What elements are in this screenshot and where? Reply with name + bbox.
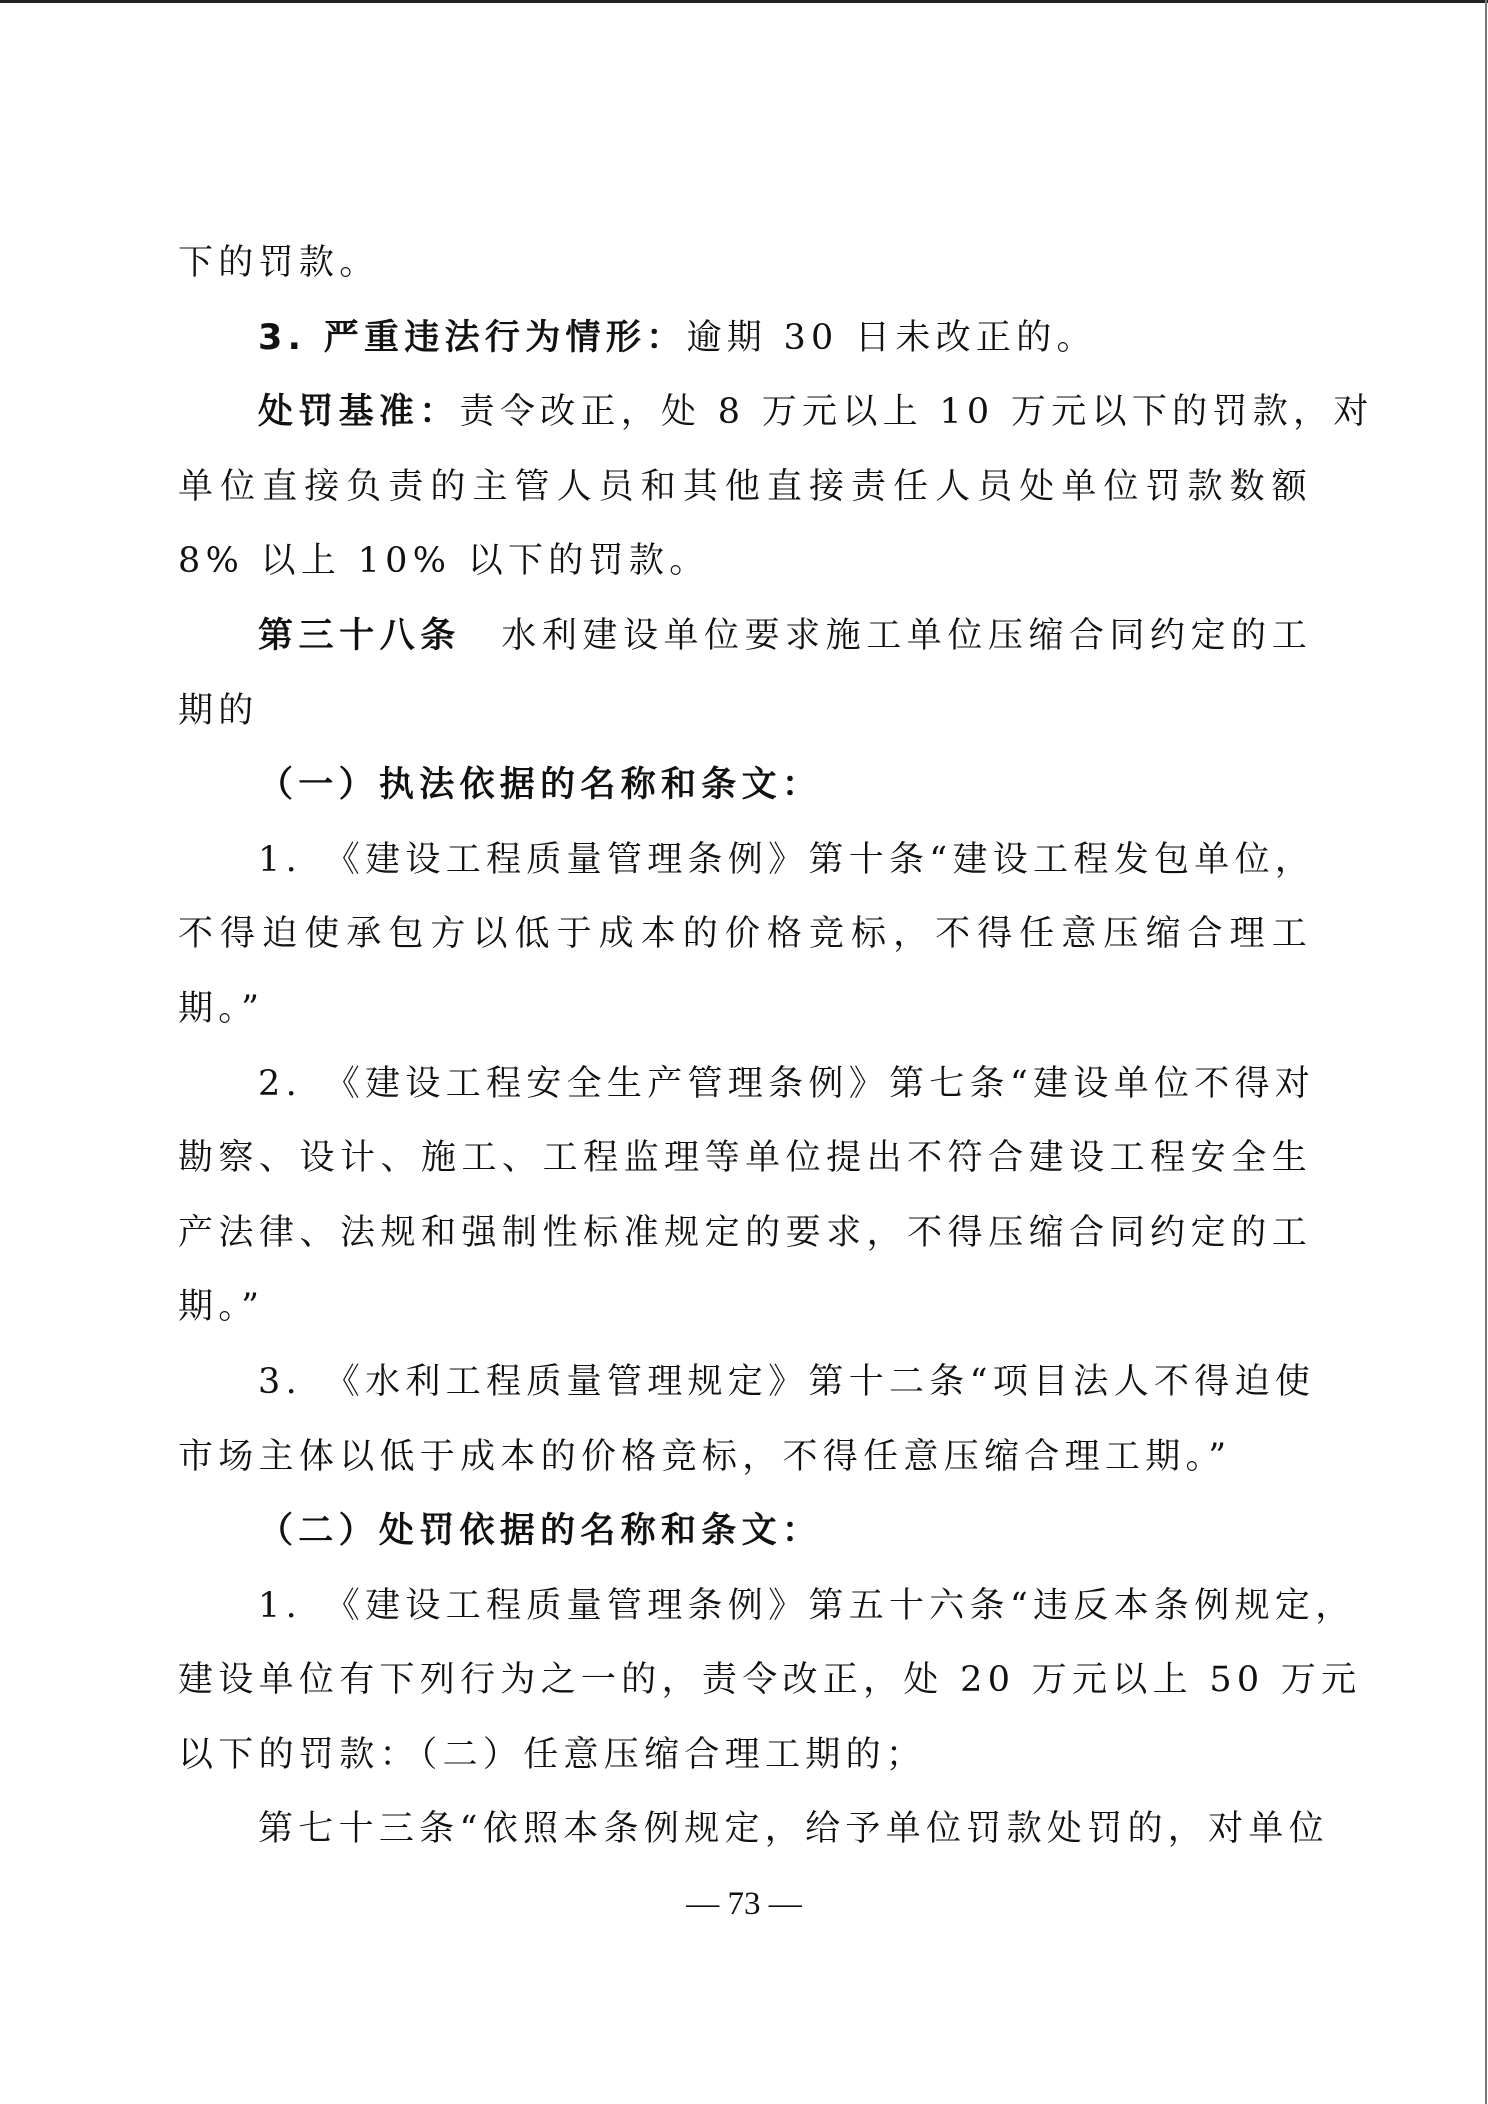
text-line: 以下的罚款：（二）任意压缩合理工期的； (178, 1718, 1312, 1793)
text-line: 1. 《建设工程质量管理条例》第十条“建设工程发包单位， (178, 823, 1312, 898)
section-heading: （二）处罚依据的名称和条文： (258, 1511, 822, 1551)
line-text: 不得迫使承包方以低于成本的价格竞标，不得任意压缩合理工 (178, 914, 1312, 954)
text-line: 期的 (178, 674, 1312, 749)
line-text: 1. 《建设工程质量管理条例》第五十六条“违反本条例规定， (258, 1586, 1356, 1626)
text-line: 第七十三条“依照本条例规定，给予单位罚款处罚的，对单位 (178, 1792, 1312, 1867)
text-line: 建设单位有下列行为之一的，责令改正，处 20 万元以上 50 万元 (178, 1643, 1312, 1718)
document-body: 下的罚款。 3. 严重违法行为情形：逾期 30 日未改正的。 处罚基准：责令改正… (178, 226, 1312, 1867)
section-heading: （一）执法依据的名称和条文： (258, 765, 822, 805)
line-text: 期。” (178, 989, 264, 1029)
text-line: 2. 《建设工程安全生产管理条例》第七条“建设单位不得对 (178, 1047, 1312, 1122)
text-line: 产法律、法规和强制性标准规定的要求，不得压缩合同约定的工 (178, 1196, 1312, 1271)
text-line: 期。” (178, 972, 1312, 1047)
text-line: 期。” (178, 1270, 1312, 1345)
section-heading-enforcement-basis: （一）执法依据的名称和条文： (178, 748, 1312, 823)
line-text: 单位直接负责的主管人员和其他直接责任人员处单位罚款数额 (178, 467, 1312, 507)
bold-heading: 3. 严重违法行为情形： (258, 318, 686, 358)
text-line: 1. 《建设工程质量管理条例》第五十六条“违反本条例规定， (178, 1569, 1312, 1644)
penalty-standard-line: 处罚基准：责令改正，处 8 万元以上 10 万元以下的罚款，对 (178, 375, 1312, 450)
line-text: 3. 《水利工程质量管理规定》第十二条“项目法人不得迫使 (258, 1362, 1315, 1402)
text-line: 单位直接负责的主管人员和其他直接责任人员处单位罚款数额 (178, 450, 1312, 525)
page-top-border (0, 0, 1488, 3)
line-text: 逾期 30 日未改正的。 (686, 318, 1096, 358)
text-line: 勘察、设计、施工、工程监理等单位提出不符合建设工程安全生 (178, 1121, 1312, 1196)
line-text: 下的罚款。 (178, 243, 380, 283)
text-line: 3. 《水利工程质量管理规定》第十二条“项目法人不得迫使 (178, 1345, 1312, 1420)
line-text: 水利建设单位要求施工单位压缩合同约定的工 (501, 616, 1312, 656)
line-text: 产法律、法规和强制性标准规定的要求，不得压缩合同约定的工 (178, 1213, 1312, 1253)
page-number: — 73 — (0, 1884, 1488, 1924)
line-text: 第七十三条“依照本条例规定，给予单位罚款处罚的，对单位 (258, 1809, 1329, 1849)
line-text: 8% 以上 10% 以下的罚款。 (178, 541, 710, 581)
article-number: 第三十八条 (258, 616, 501, 656)
line-text: 1. 《建设工程质量管理条例》第十条“建设工程发包单位， (258, 840, 1315, 880)
line-text: 勘察、设计、施工、工程监理等单位提出不符合建设工程安全生 (178, 1138, 1312, 1178)
line-text: 以下的罚款：（二）任意压缩合理工期的； (178, 1735, 926, 1775)
line-text: 建设单位有下列行为之一的，责令改正，处 20 万元以上 50 万元 (178, 1660, 1361, 1700)
violation-severity-line: 3. 严重违法行为情形：逾期 30 日未改正的。 (178, 301, 1312, 376)
section-heading-penalty-basis: （二）处罚依据的名称和条文： (178, 1494, 1312, 1569)
page-right-border (1485, 0, 1487, 2104)
line-text: 市场主体以低于成本的价格竞标，不得任意压缩合理工期。” (178, 1437, 1232, 1477)
line-text: 期的 (178, 691, 259, 731)
line-text: 责令改正，处 8 万元以上 10 万元以下的罚款，对 (460, 392, 1374, 432)
text-line: 8% 以上 10% 以下的罚款。 (178, 524, 1312, 599)
bold-heading: 处罚基准： (258, 392, 460, 432)
line-text: 2. 《建设工程安全生产管理条例》第七条“建设单位不得对 (258, 1064, 1315, 1104)
text-line: 下的罚款。 (178, 226, 1312, 301)
article-38-title: 第三十八条 水利建设单位要求施工单位压缩合同约定的工 (178, 599, 1312, 674)
text-line: 市场主体以低于成本的价格竞标，不得任意压缩合理工期。” (178, 1420, 1312, 1495)
text-line: 不得迫使承包方以低于成本的价格竞标，不得任意压缩合理工 (178, 897, 1312, 972)
line-text: 期。” (178, 1287, 264, 1327)
